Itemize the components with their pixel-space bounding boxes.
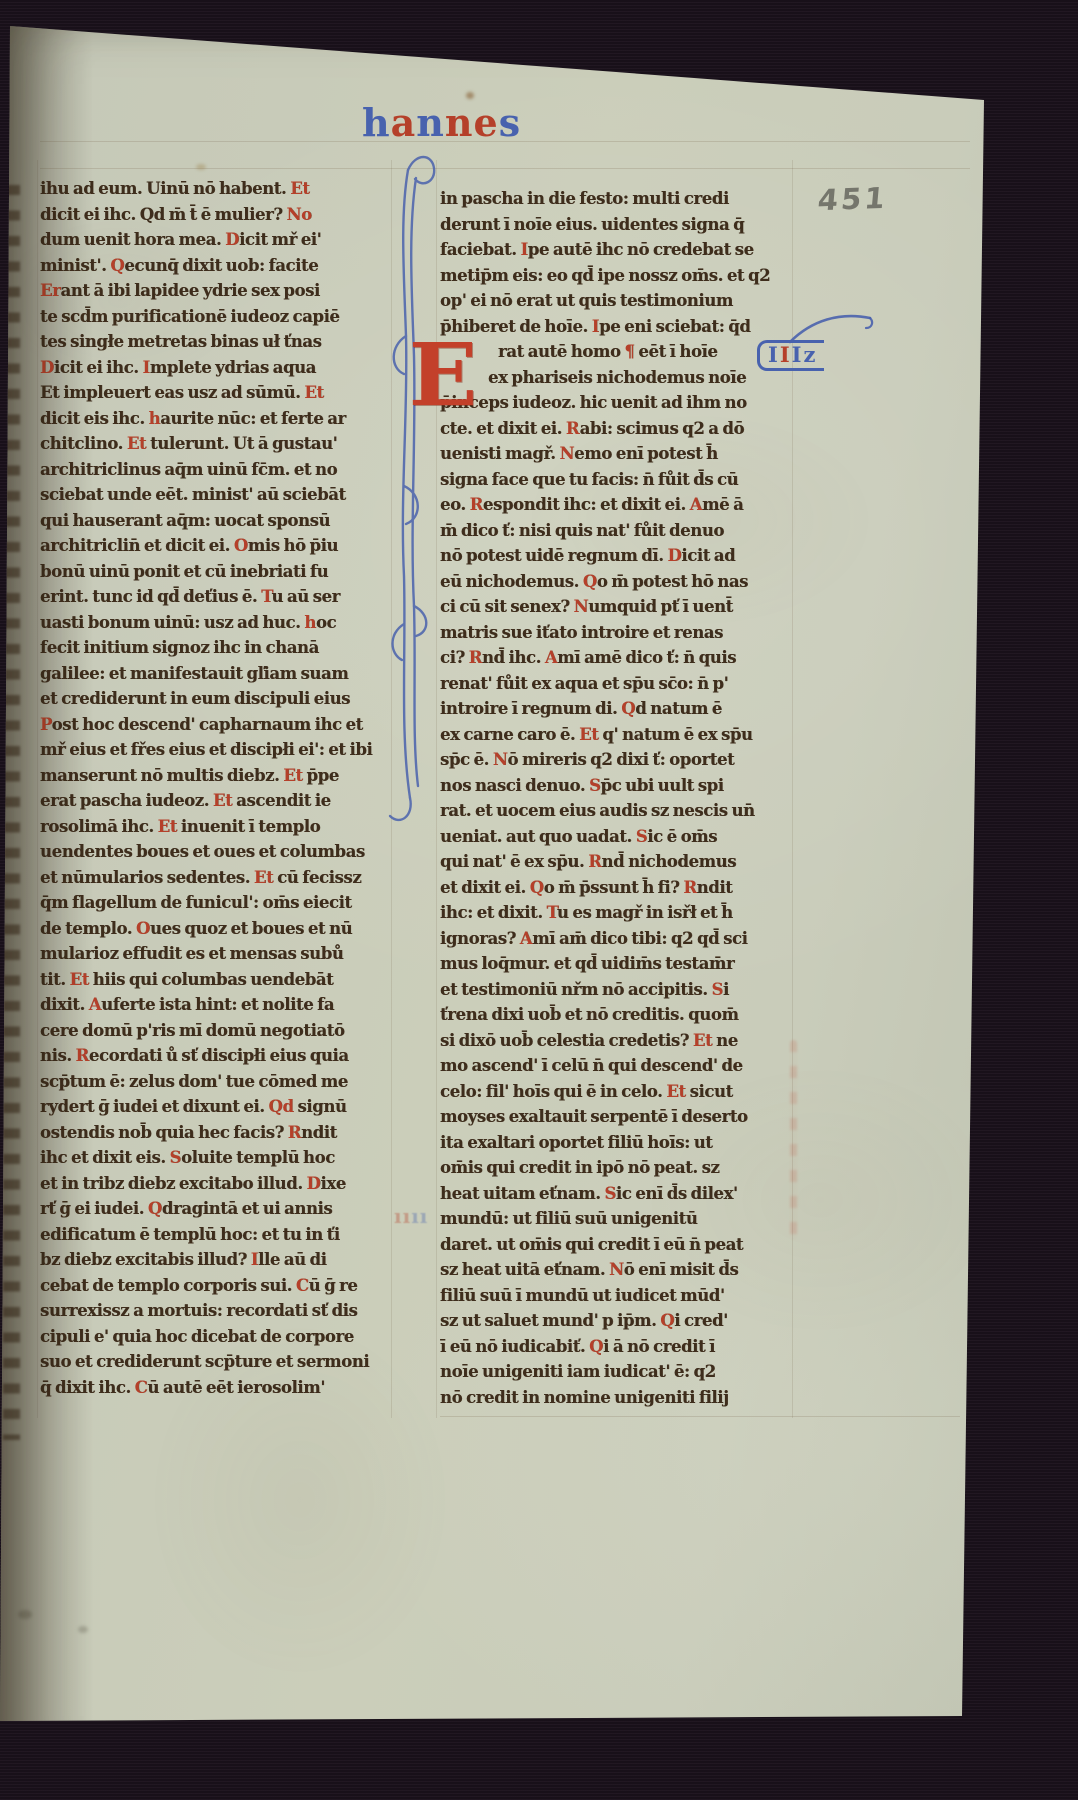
manuscript-page: hannes 451 ihu ad eum. Uinū nō habent. E… — [0, 0, 1078, 1800]
page-edge-shading — [0, 0, 1078, 1800]
photo-background-cloth: { "folio_number": "451", "colors": { "re… — [0, 0, 1078, 1800]
